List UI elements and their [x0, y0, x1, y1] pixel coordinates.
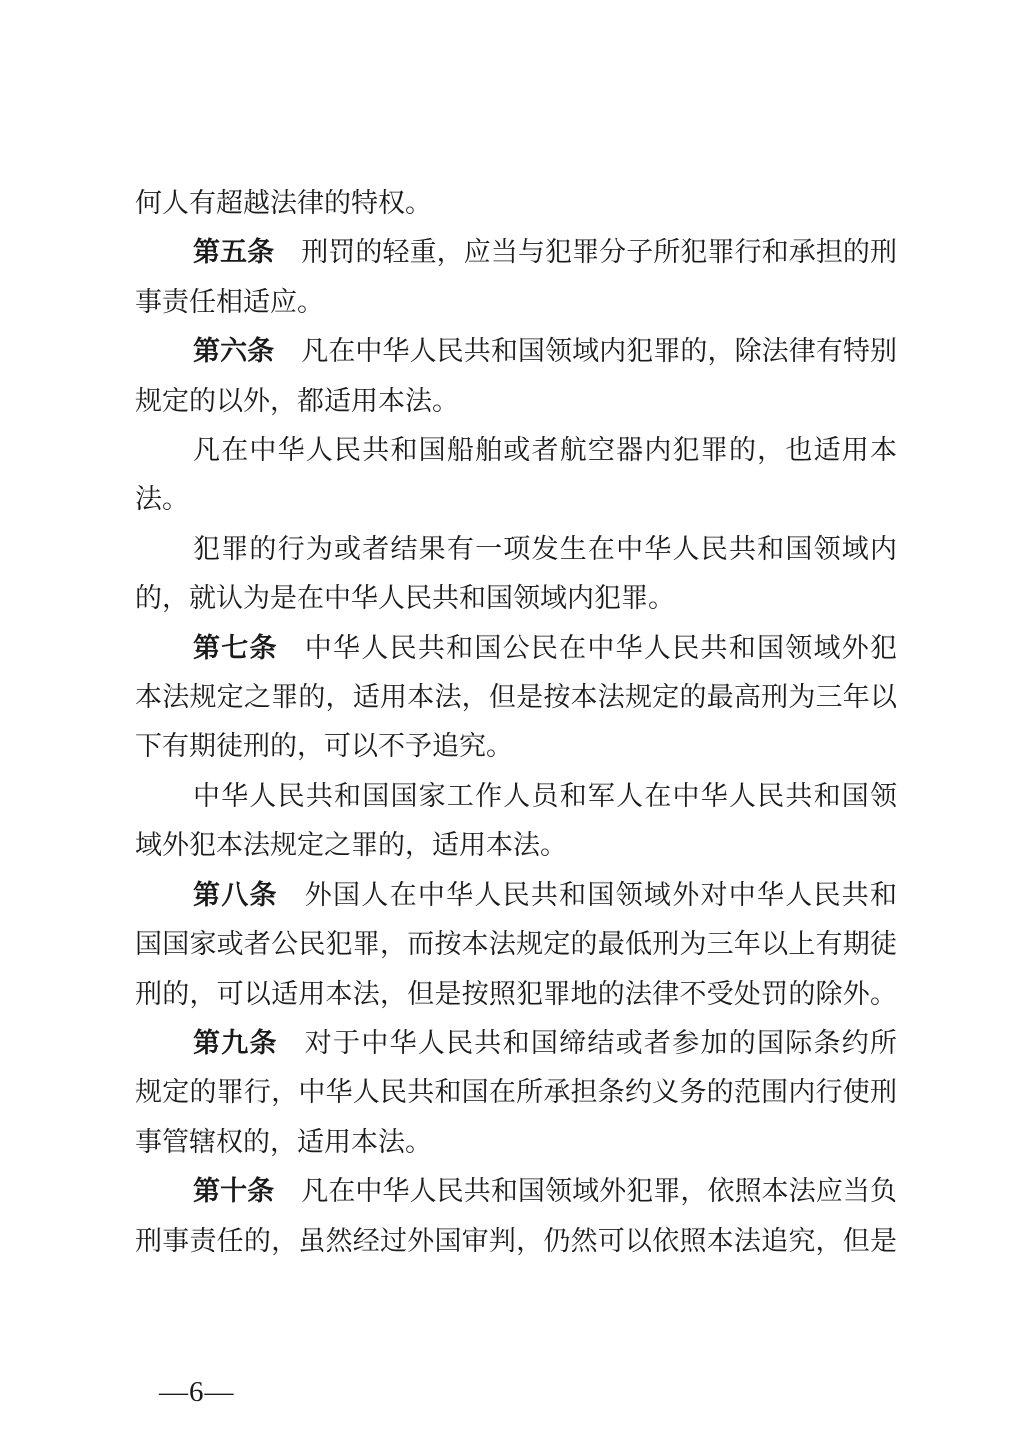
- law-paragraph: 何人有超越法律的特权。: [135, 179, 897, 228]
- law-paragraph: 凡在中华人民共和国船舶或者航空器内犯罪的，也适用本法。: [135, 426, 897, 525]
- article-number: 第六条: [193, 336, 274, 366]
- text-line: 凡在中华人民共和国船舶或者航空器内犯罪的，也适用本: [135, 426, 897, 475]
- text-line: 何人有超越法律的特权。: [135, 179, 897, 228]
- text-line: 第八条外国人在中华人民共和国领域外对中华人民共和: [135, 871, 897, 920]
- text-line: 第九条对于中华人民共和国缔结或者参加的国际条约所: [135, 1019, 897, 1068]
- document-page: { "page": { "background_color": "#ffffff…: [0, 0, 1024, 1448]
- text-line: 国国家或者公民犯罪，而按本法规定的最低刑为三年以上有期徒: [135, 920, 897, 969]
- law-paragraph: 第五条刑罚的轻重，应当与犯罪分子所犯罪行和承担的刑事责任相适应。: [135, 228, 897, 327]
- text-line: 刑的，可以适用本法，但是按照犯罪地的法律不受处罚的除外。: [135, 970, 897, 1019]
- law-paragraph: 犯罪的行为或者结果有一项发生在中华人民共和国领域内的，就认为是在中华人民共和国领…: [135, 525, 897, 624]
- law-paragraph: 第七条中华人民共和国公民在中华人民共和国领域外犯本法规定之罪的，适用本法，但是按…: [135, 624, 897, 772]
- text-line: 事责任相适应。: [135, 278, 897, 327]
- article-number: 第五条: [193, 237, 274, 267]
- paragraph-text: 外国人在中华人民共和国领域外对中华人民共和: [305, 880, 897, 910]
- law-paragraph: 第九条对于中华人民共和国缔结或者参加的国际条约所规定的罪行，中华人民共和国在所承…: [135, 1019, 897, 1167]
- text-line: 第十条凡在中华人民共和国领域外犯罪，依照本法应当负: [135, 1167, 897, 1216]
- article-number: 第八条: [193, 880, 278, 910]
- law-paragraph: 第八条外国人在中华人民共和国领域外对中华人民共和国国家或者公民犯罪，而按本法规定…: [135, 871, 897, 1019]
- text-line: 中华人民共和国国家工作人员和军人在中华人民共和国领: [135, 772, 897, 821]
- text-line: 的，就认为是在中华人民共和国领域内犯罪。: [135, 574, 897, 623]
- text-line: 第七条中华人民共和国公民在中华人民共和国领域外犯: [135, 624, 897, 673]
- text-line: 事管辖权的，适用本法。: [135, 1118, 897, 1167]
- law-paragraph: 中华人民共和国国家工作人员和军人在中华人民共和国领域外犯本法规定之罪的，适用本法…: [135, 772, 897, 871]
- text-line: 法。: [135, 475, 897, 524]
- law-paragraph: 第十条凡在中华人民共和国领域外犯罪，依照本法应当负刑事责任的，虽然经过外国审判，…: [135, 1167, 897, 1266]
- text-line: 第六条凡在中华人民共和国领域内犯罪的，除法律有特别: [135, 327, 897, 376]
- article-number: 第十条: [193, 1176, 274, 1206]
- paragraph-text: 刑罚的轻重，应当与犯罪分子所犯罪行和承担的刑: [301, 237, 897, 267]
- text-line: 犯罪的行为或者结果有一项发生在中华人民共和国领域内: [135, 525, 897, 574]
- paragraph-text: 中华人民共和国公民在中华人民共和国领域外犯: [305, 633, 897, 663]
- text-line: 规定的罪行，中华人民共和国在所承担条约义务的范围内行使刑: [135, 1068, 897, 1117]
- law-text-block: 何人有超越法律的特权。第五条刑罚的轻重，应当与犯罪分子所犯罪行和承担的刑事责任相…: [135, 179, 897, 1266]
- text-line: 本法规定之罪的，适用本法，但是按本法规定的最高刑为三年以: [135, 673, 897, 722]
- paragraph-text: 凡在中华人民共和国领域外犯罪，依照本法应当负: [301, 1176, 897, 1206]
- page-number: —6—: [159, 1376, 235, 1409]
- law-paragraph: 第六条凡在中华人民共和国领域内犯罪的，除法律有特别规定的以外，都适用本法。: [135, 327, 897, 426]
- article-number: 第七条: [193, 633, 278, 663]
- text-line: 刑事责任的，虽然经过外国审判，仍然可以依照本法追究，但是: [135, 1217, 897, 1266]
- text-line: 域外犯本法规定之罪的，适用本法。: [135, 821, 897, 870]
- text-line: 规定的以外，都适用本法。: [135, 377, 897, 426]
- paragraph-text: 对于中华人民共和国缔结或者参加的国际条约所: [305, 1028, 897, 1058]
- text-line: 第五条刑罚的轻重，应当与犯罪分子所犯罪行和承担的刑: [135, 228, 897, 277]
- article-number: 第九条: [193, 1028, 278, 1058]
- paragraph-text: 凡在中华人民共和国领域内犯罪的，除法律有特别: [301, 336, 897, 366]
- text-line: 下有期徒刑的，可以不予追究。: [135, 722, 897, 771]
